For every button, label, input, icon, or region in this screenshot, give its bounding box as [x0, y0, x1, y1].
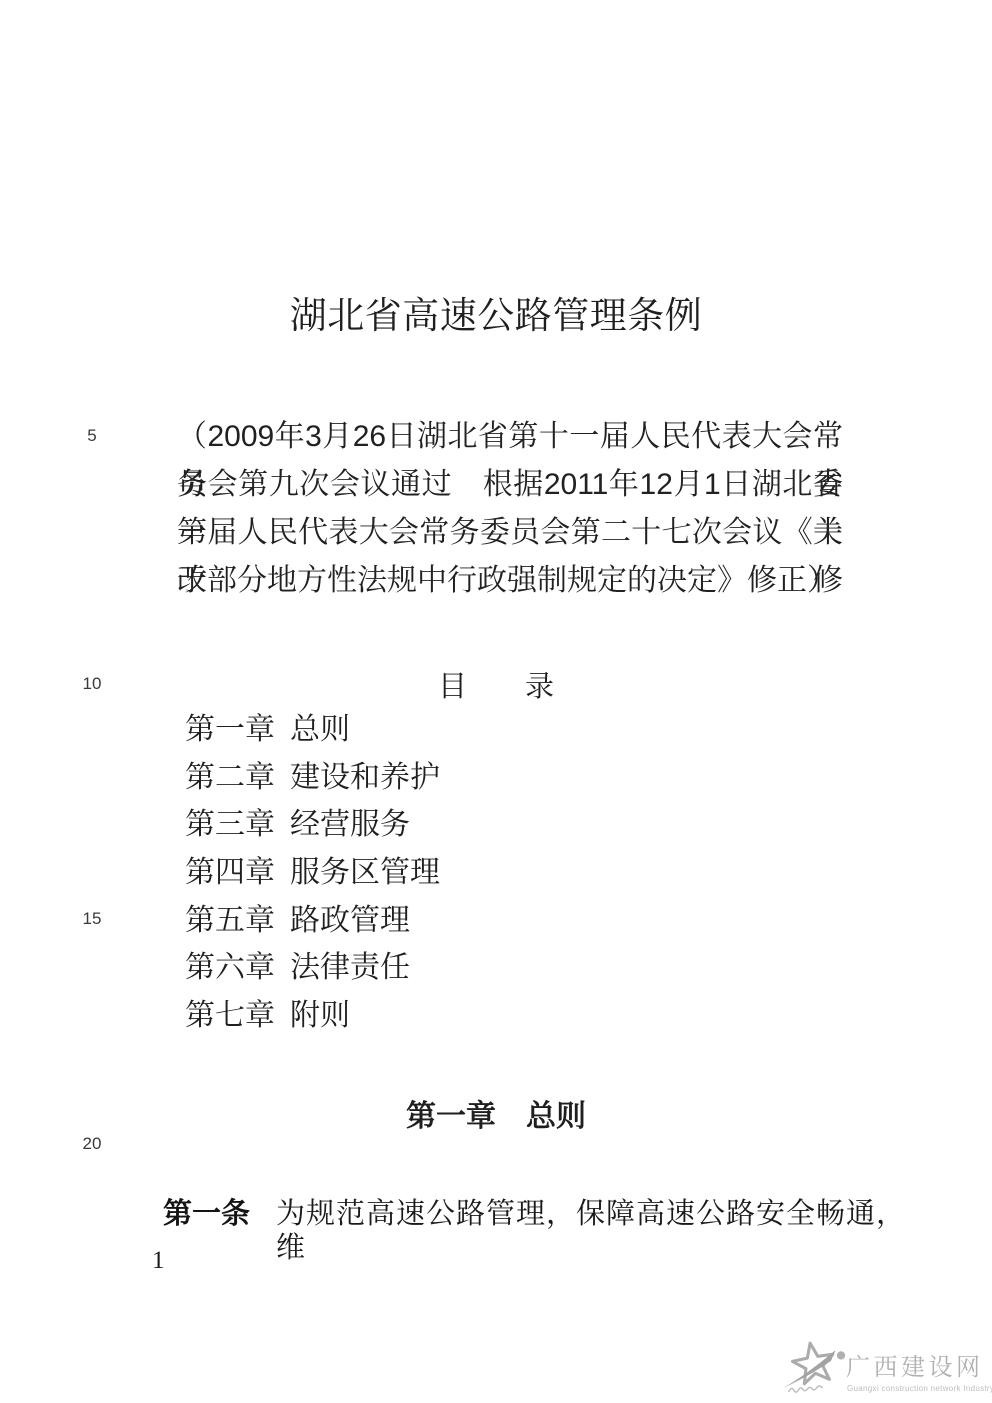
article-1: 第一条 为规范高速公路管理，保障高速公路安全畅通，维: [163, 1197, 905, 1265]
article-1-label: 第一条: [163, 1197, 250, 1231]
line-number-20: 20: [78, 1135, 106, 1152]
toc-item: 第四章服务区管理: [185, 849, 440, 897]
article-1-text: 为规范高速公路管理，保障高速公路安全畅通，维: [276, 1197, 905, 1265]
preamble-line: 员会第九次会议通过 根据2011年12月1日湖北省第十: [177, 461, 843, 509]
toc-item-title: 服务区管理: [290, 856, 440, 889]
toc-item: 第一章总则: [185, 706, 440, 754]
preamble-line: 改部分地方性法规中行政强制规定的决定》修正）: [177, 557, 843, 605]
document-title: 湖北省高速公路管理条例: [0, 294, 992, 338]
toc-item-title: 附则: [290, 999, 350, 1032]
chapter-1-heading: 第一章 总则: [0, 1099, 992, 1135]
document-page: 5 10 15 20 湖北省高速公路管理条例 （2009年3月26日湖北省第十一…: [0, 0, 992, 1403]
table-of-contents: 第一章总则 第二章建设和养护 第三章经营服务 第四章服务区管理 第五章路政管理 …: [185, 706, 440, 1040]
toc-item-title: 法律责任: [290, 951, 410, 984]
toc-item-title: 路政管理: [290, 904, 410, 937]
toc-heading: 目 录: [0, 669, 992, 705]
watermark: 广西建设网 Guangxi construction network Indus…: [776, 1335, 988, 1399]
toc-item-label: 第四章: [185, 849, 275, 897]
toc-item-title: 建设和养护: [290, 761, 440, 794]
toc-item: 第五章路政管理: [185, 897, 440, 945]
toc-item-label: 第三章: [185, 801, 275, 849]
toc-item-title: 经营服务: [290, 808, 410, 841]
toc-item-label: 第六章: [185, 944, 275, 992]
preamble: （2009年3月26日湖北省第十一届人民代表大会常务委 员会第九次会议通过 根据…: [177, 413, 843, 605]
page-number: 1: [152, 1246, 182, 1276]
toc-item-label: 第一章: [185, 706, 275, 754]
watermark-caption: Guangxi construction network Industry Ed…: [847, 1384, 992, 1394]
toc-item: 第二章建设和养护: [185, 754, 440, 802]
line-number-5: 5: [78, 427, 106, 444]
toc-item-label: 第七章: [185, 992, 275, 1040]
watermark-name: 广西建设网: [846, 1354, 984, 1382]
star-icon: [778, 1337, 850, 1399]
toc-item: 第三章经营服务: [185, 801, 440, 849]
logo-script: [789, 1386, 822, 1392]
line-number-15: 15: [78, 910, 106, 927]
preamble-line: （2009年3月26日湖北省第十一届人民代表大会常务委: [177, 413, 843, 461]
toc-item-label: 第五章: [185, 897, 275, 945]
toc-item-title: 总则: [290, 713, 350, 746]
toc-item: 第六章法律责任: [185, 944, 440, 992]
preamble-line: 一届人民代表大会常务委员会第二十七次会议《关于修: [177, 509, 843, 557]
toc-item: 第七章附则: [185, 992, 440, 1040]
toc-item-label: 第二章: [185, 754, 275, 802]
